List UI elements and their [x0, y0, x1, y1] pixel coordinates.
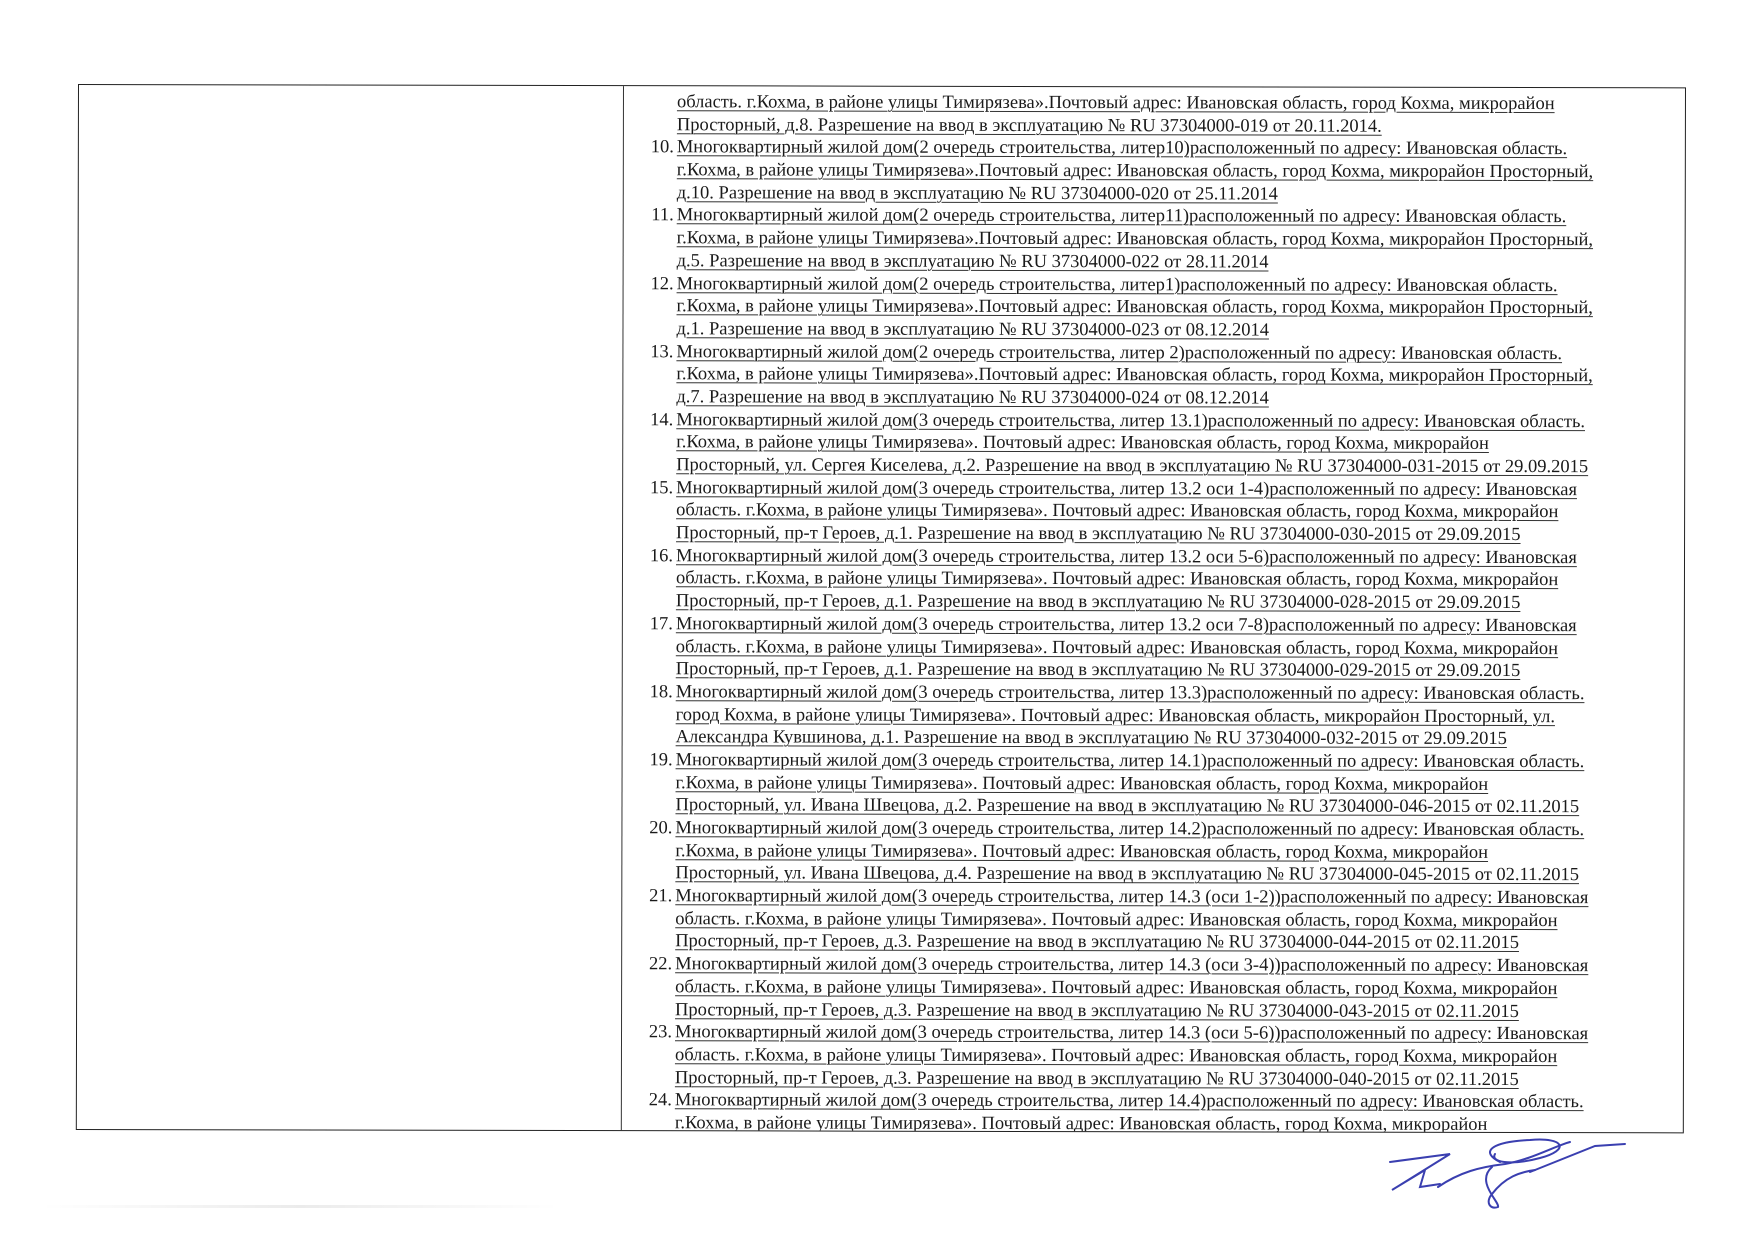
item-number: 14. [643, 409, 673, 432]
table-right-cell: область. г.Кохма, в районе улицы Тимиряз… [622, 86, 1685, 1132]
building-permit-list: область. г.Кохма, в районе улицы Тимиряз… [622, 91, 1685, 1132]
item-number: 16. [643, 545, 673, 568]
text-line: Многоквартирный жилой дом(2 очередь стро… [676, 341, 1684, 366]
text-line: Просторный, пр-т Героев, д.3. Разрешение… [675, 1067, 1683, 1092]
text-line: д.7. Разрешение на ввод в эксплуатацию №… [676, 386, 1684, 411]
item-number: 12. [644, 273, 674, 296]
list-item: 23.Многоквартирный жилой дом(3 очередь с… [622, 1021, 1683, 1091]
item-number: 11. [644, 205, 674, 228]
item-number: 10. [644, 137, 674, 160]
list-item-continuation: область. г.Кохма, в районе улицы Тимиряз… [624, 91, 1685, 139]
handwritten-signature [1380, 1132, 1630, 1212]
text-line: г.Кохма, в районе улицы Тимирязева».Почт… [677, 227, 1685, 252]
text-line: область. г.Кохма, в районе улицы Тимиряз… [676, 568, 1684, 593]
list-item: 10.Многоквартирный жилой дом(2 очередь с… [624, 137, 1685, 207]
text-line: Многоквартирный жилой дом(3 очередь стро… [675, 953, 1683, 978]
item-number: 24. [642, 1089, 672, 1112]
text-line: д.1. Разрешение на ввод в эксплуатацию №… [676, 318, 1684, 343]
text-line: Многоквартирный жилой дом(3 очередь стро… [675, 1021, 1683, 1046]
text-line: Просторный, пр-т Героев, д.1. Разрешение… [676, 590, 1684, 615]
text-line: Просторный, пр-т Героев, д.1. Разрешение… [676, 522, 1684, 547]
text-line: г.Кохма, в районе улицы Тимирязева». Поч… [676, 432, 1684, 457]
item-number: 15. [643, 477, 673, 500]
text-line: Просторный, ул. Ивана Швецова, д.4. Разр… [675, 863, 1683, 888]
text-line: область. г.Кохма, в районе улицы Тимиряз… [675, 908, 1683, 933]
text-line: область. г.Кохма, в районе улицы Тимиряз… [677, 91, 1685, 116]
text-line: г.Кохма, в районе улицы Тимирязева».Почт… [677, 295, 1685, 320]
list-item: 15.Многоквартирный жилой дом(3 очередь с… [623, 477, 1684, 547]
item-number: 17. [643, 613, 673, 636]
text-line: д.10. Разрешение на ввод в эксплуатацию … [677, 182, 1685, 207]
text-line: Многоквартирный жилой дом(3 очередь стро… [676, 613, 1684, 638]
text-line: Просторный, ул. Ивана Швецова, д.2. Разр… [675, 795, 1683, 820]
list-item: 24.Многоквартирный жилой дом(3 очередь с… [622, 1089, 1683, 1132]
table-left-cell-empty [77, 85, 624, 1130]
item-number: 20. [642, 817, 672, 840]
text-line: Многоквартирный жилой дом(3 очередь стро… [675, 1090, 1683, 1115]
text-line: г.Кохма, в районе улицы Тимирязева». Поч… [675, 1112, 1683, 1132]
text-line: г.Кохма, в районе улицы Тимирязева».Почт… [676, 364, 1684, 389]
item-number: 18. [643, 681, 673, 704]
text-line: Многоквартирный жилой дом(3 очередь стро… [676, 681, 1684, 706]
document-table: область. г.Кохма, в районе улицы Тимиряз… [76, 84, 1686, 1133]
item-number: 23. [642, 1021, 672, 1044]
text-line: Многоквартирный жилой дом(2 очередь стро… [677, 137, 1685, 162]
text-line: область. г.Кохма, в районе улицы Тимиряз… [675, 976, 1683, 1001]
item-number: 19. [643, 749, 673, 772]
text-line: Многоквартирный жилой дом(3 очередь стро… [676, 545, 1684, 570]
text-line: д.5. Разрешение на ввод в эксплуатацию №… [677, 250, 1685, 275]
text-line: Многоквартирный жилой дом(3 очередь стро… [675, 885, 1683, 910]
text-line: Многоквартирный жилой дом(2 очередь стро… [677, 205, 1685, 230]
list-item: 18.Многоквартирный жилой дом(3 очередь с… [623, 681, 1684, 751]
list-item: 21.Многоквартирный жилой дом(3 очередь с… [622, 885, 1683, 955]
list-item: 11.Многоквартирный жилой дом(2 очередь с… [624, 205, 1685, 275]
text-line: Многоквартирный жилой дом(3 очередь стро… [676, 477, 1684, 502]
item-number: 13. [643, 341, 673, 364]
text-line: Просторный, д.8. Разрешение на ввод в эк… [677, 114, 1685, 139]
text-line: область. г.Кохма, в районе улицы Тимиряз… [676, 500, 1684, 525]
list-item: 17.Многоквартирный жилой дом(3 очередь с… [623, 613, 1684, 683]
text-line: Многоквартирный жилой дом(3 очередь стро… [676, 409, 1684, 434]
text-line: Просторный, пр-т Героев, д.3. Разрешение… [675, 931, 1683, 956]
list-item: 19.Многоквартирный жилой дом(3 очередь с… [622, 749, 1683, 819]
text-line: Просторный, пр-т Героев, д.3. Разрешение… [675, 999, 1683, 1024]
list-item: 14.Многоквартирный жилой дом(3 очередь с… [623, 409, 1684, 479]
list-item: 22.Многоквартирный жилой дом(3 очередь с… [622, 953, 1683, 1023]
list-item: 13.Многоквартирный жилой дом(2 очередь с… [623, 341, 1684, 411]
item-number: 21. [642, 885, 672, 908]
text-line: Александра Кувшинова, д.1. Разрешение на… [676, 727, 1684, 752]
text-line: Многоквартирный жилой дом(2 очередь стро… [677, 273, 1685, 298]
text-line: г.Кохма, в районе улицы Тимирязева». Поч… [676, 772, 1684, 797]
text-line: Просторный, пр-т Героев, д.1. Разрешение… [676, 658, 1684, 683]
text-line: г.Кохма, в районе улицы Тимирязева».Почт… [677, 159, 1685, 184]
item-number: 22. [642, 953, 672, 976]
text-line: город Кохма, в районе улицы Тимирязева».… [676, 704, 1684, 729]
text-line: область. г.Кохма, в районе улицы Тимиряз… [675, 1044, 1683, 1069]
text-line: область. г.Кохма, в районе улицы Тимиряз… [676, 636, 1684, 661]
text-line: г.Кохма, в районе улицы Тимирязева». Поч… [675, 840, 1683, 865]
text-line: Многоквартирный жилой дом(3 очередь стро… [676, 749, 1684, 774]
text-line: Просторный, ул. Сергея Киселева, д.2. Ра… [676, 454, 1684, 479]
list-item: 12.Многоквартирный жилой дом(2 очередь с… [623, 273, 1684, 343]
list-item: 16.Многоквартирный жилой дом(3 очередь с… [623, 545, 1684, 615]
list-item: 20.Многоквартирный жилой дом(3 очередь с… [622, 817, 1683, 887]
text-line: Многоквартирный жилой дом(3 очередь стро… [675, 817, 1683, 842]
scan-shadow [40, 1205, 560, 1208]
